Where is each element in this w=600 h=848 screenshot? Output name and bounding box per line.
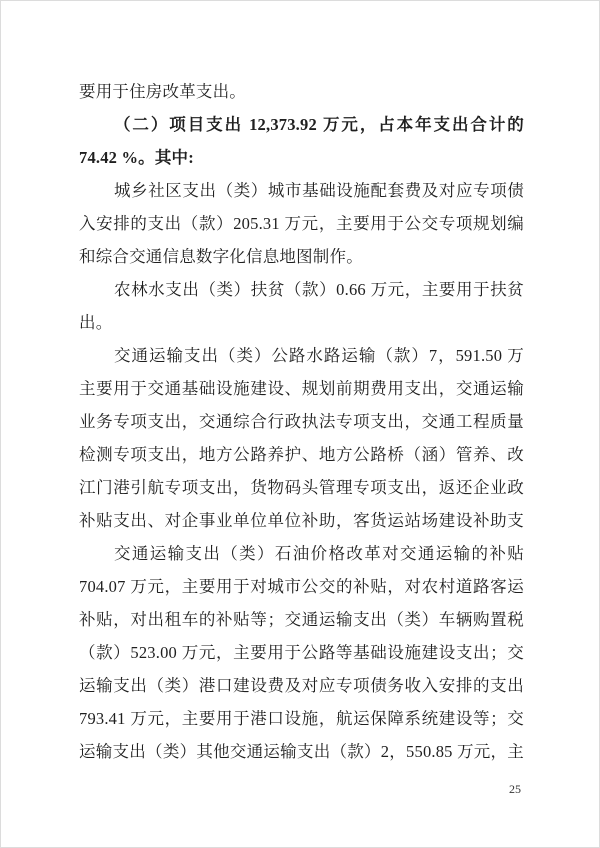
text-line: 交通运输支出（类）石油价格改革对交通运输的补贴（款） — [79, 537, 524, 570]
paragraph-agriculture-forestry-water-expenditure: 农林水支出（类）扶贫（款）0.66 万元，主要用于扶贫支出。 — [79, 273, 524, 339]
paragraph-urban-rural-community-expenditure: 城乡社区支出（类）城市基础设施配套费及对应专项债务收入安排的支出（款）205.3… — [79, 174, 524, 273]
paragraph-transport-highway-waterway-expenditure: 交通运输支出（类）公路水路运输（款）7，591.50 万元，主要用于交通基础设施… — [79, 339, 524, 537]
paragraph-project-expenditure-heading: （二）项目支出 12,373.92 万元，占本年支出合计的74.42 %。其中: — [79, 108, 524, 174]
text-line: 农林水支出（类）扶贫（款）0.66 万元，主要用于扶贫支 — [79, 273, 524, 306]
document-body: 要用于住房改革支出。（二）项目支出 12,373.92 万元，占本年支出合计的7… — [79, 75, 524, 768]
text-line: 业务专项支出，交通综合行政执法专项支出，交通工程质量监督、 — [79, 405, 524, 438]
text-line: 74.42 %。其中: — [79, 141, 524, 174]
paragraph-transport-oil-price-and-other-expenditure: 交通运输支出（类）石油价格改革对交通运输的补贴（款）704.07 万元，主要用于… — [79, 537, 524, 768]
text-line: 交通运输支出（类）公路水路运输（款）7，591.50 万元， — [79, 339, 524, 372]
text-line: 江门港引航专项支出，货物码头管理专项支出，返还企业政策性 — [79, 471, 524, 504]
text-line: 入安排的支出（款）205.31 万元，主要用于公交专项规划编制 — [79, 207, 524, 240]
text-line: 补贴，对出租车的补贴等；交通运输支出（类）车辆购置税支出 — [79, 603, 524, 636]
paragraph-housing-reform-continuation: 要用于住房改革支出。 — [79, 75, 524, 108]
text-line: 补贴支出、对企事业单位单位补助，客货运站场建设补助支出等。 — [79, 504, 524, 537]
text-line: （二）项目支出 12,373.92 万元，占本年支出合计的 — [79, 108, 524, 141]
text-line: 城乡社区支出（类）城市基础设施配套费及对应专项债务收 — [79, 174, 524, 207]
text-line: 主要用于交通基础设施建设、规划前期费用支出，交通运输管理 — [79, 372, 524, 405]
document-page: 要用于住房改革支出。（二）项目支出 12,373.92 万元，占本年支出合计的7… — [0, 0, 600, 848]
text-line: 和综合交通信息数字化信息地图制作。 — [79, 240, 524, 273]
page-number: 25 — [505, 782, 525, 797]
text-line: 要用于住房改革支出。 — [79, 75, 524, 108]
text-line: 运输支出（类）港口建设费及对应专项债务收入安排的支出（款） — [79, 669, 524, 702]
text-line: （款）523.00 万元，主要用于公路等基础设施建设支出；交通 — [79, 636, 524, 669]
text-line: 检测专项支出，地方公路养护、地方公路桥（涵）管养、改造， — [79, 438, 524, 471]
text-line: 704.07 万元，主要用于对城市公交的补贴，对农村道路客运的 — [79, 570, 524, 603]
text-line: 出。 — [79, 306, 524, 339]
text-line: 793.41 万元，主要用于港口设施，航运保障系统建设等；交通 — [79, 702, 524, 735]
text-line: 运输支出（类）其他交通运输支出（款）2，550.85 万元，主要 — [79, 735, 524, 768]
